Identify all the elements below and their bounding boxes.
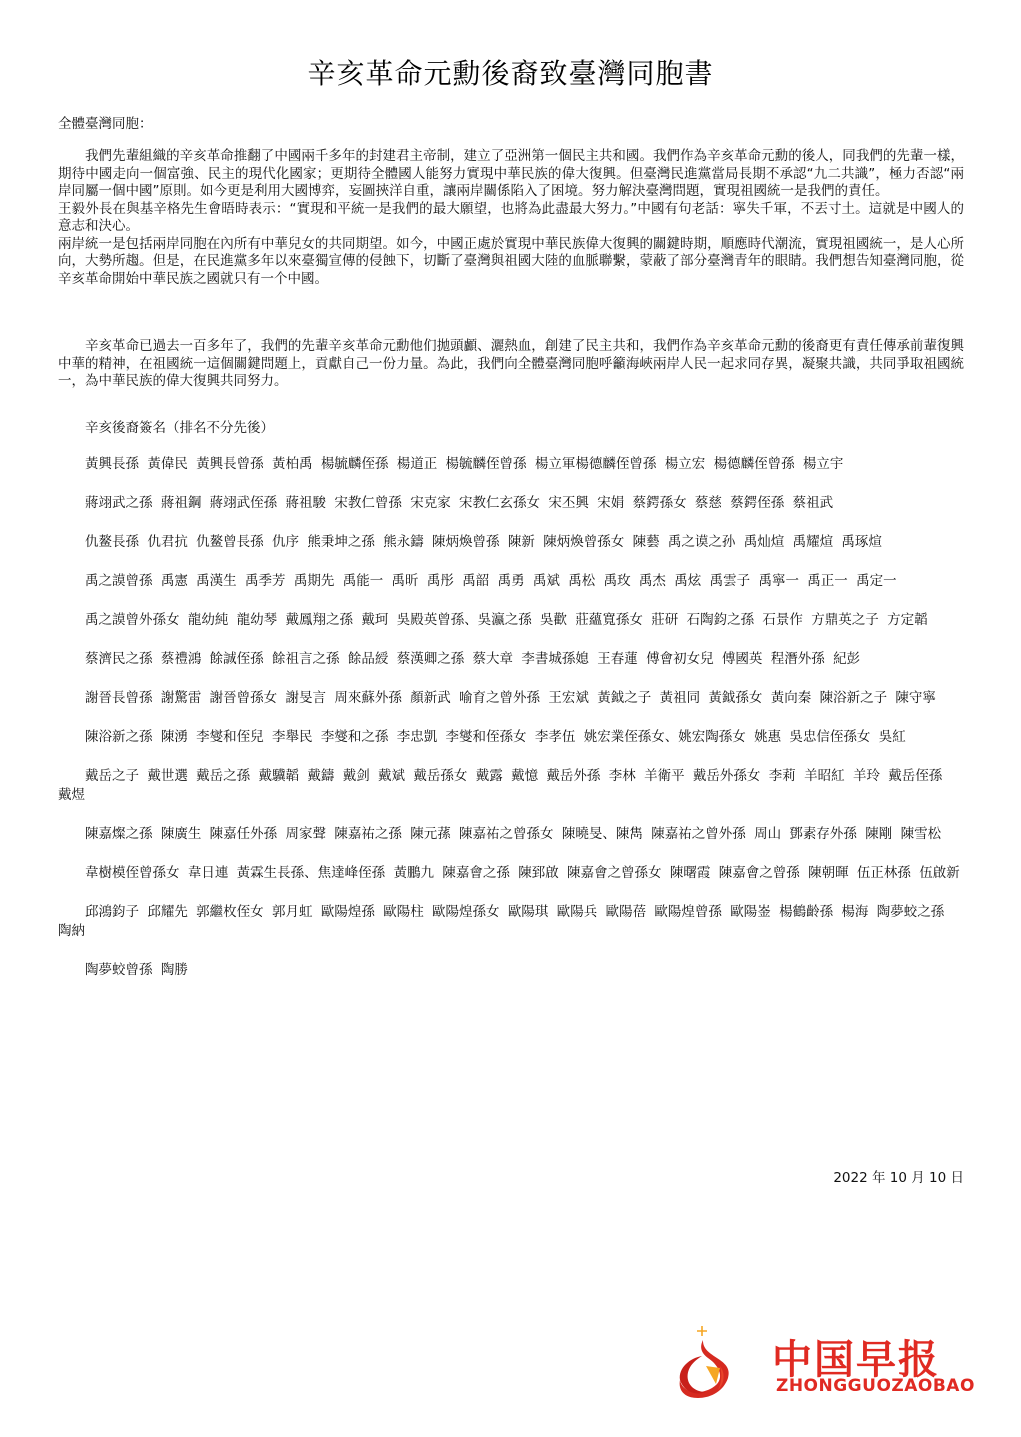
signatory-group: 邱鴻鈞子 邱耀先 郭繼枚侄女 郭月虹 歐陽煌孫 歐陽柱 歐陽煌孫女 歐陽琪 歐陽… — [58, 903, 964, 941]
signatory-group: 黃興長孫 黃偉民 黃興長曾孫 黃柏禹 楊毓麟侄孫 楊道正 楊毓麟侄曾孫 楊立軍楊… — [58, 455, 964, 474]
paragraph: 王毅外長在與基辛格先生會晤時表示：“實現和平統一是我們的最大願望，也將為此盡最大… — [58, 201, 964, 236]
paragraph: 我們先輩組織的辛亥革命推翻了中國兩千多年的封建君主帝制，建立了亞洲第一個民主共和… — [58, 148, 964, 201]
body-section-1: 我們先輩組織的辛亥革命推翻了中國兩千多年的封建君主帝制，建立了亞洲第一個民主共和… — [58, 148, 964, 288]
signatories-heading: 辛亥後裔簽名（排名不分先後） — [58, 416, 274, 436]
signatory-group: 禹之謨曾外孫女 龍幼純 龍幼琴 戴鳳翔之孫 戴珂 吳殿英曾孫、吳瀛之孫 吳歡 莊… — [58, 611, 964, 630]
signatory-group: 禹之謨曾孫 禹憲 禹漢生 禹季芳 禹期先 禹能一 禹昕 禹彤 禹韶 禹勇 禹斌 … — [58, 572, 964, 591]
signatory-group: 陳浴新之孫 陳湧 李燮和侄兒 李舉民 李燮和之孫 李忠凱 李燮和侄孫女 李孝伍 … — [58, 728, 964, 747]
letter-page: 辛亥革命元勳後裔致臺灣同胞書 全體臺灣同胞： 我們先輩組織的辛亥革命推翻了中國兩… — [0, 0, 1021, 1437]
paragraph: 辛亥革命已過去一百多年了，我們的先輩辛亥革命元勳他们拋頭顱、灑熱血，創建了民主共… — [58, 338, 964, 391]
signatory-group: 蔣翊武之孫 蔣祖鋼 蔣翊武侄孫 蔣祖駿 宋教仁曾孫 宋克家 宋教仁玄孫女 宋丕興… — [58, 494, 964, 513]
signatory-list: 黃興長孫 黃偉民 黃興長曾孫 黃柏禹 楊毓麟侄孫 楊道正 楊毓麟侄曾孫 楊立軍楊… — [58, 455, 964, 1000]
signatory-group: 韋樹模侄曾孫女 韋日連 黃霖生長孫、焦達峰侄孫 黃鵬九 陳嘉會之孫 陳郅啟 陳嘉… — [58, 864, 964, 883]
signatory-group: 戴岳之子 戴世選 戴岳之孫 戴驥韜 戴鑄 戴剑 戴斌 戴岳孫女 戴露 戴憶 戴岳… — [58, 767, 964, 805]
salutation: 全體臺灣同胞： — [58, 112, 153, 132]
signatory-group: 蔡濟民之孫 蔡禮鴻 餘誠侄孫 餘祖言之孫 餘品綬 蔡漢卿之孫 蔡大章 李書城孫媳… — [58, 650, 964, 669]
signatory-group: 陳嘉燦之孫 陳廣生 陳嘉任外孫 周家聲 陳嘉祐之孫 陳元蓀 陳嘉祐之曾孫女 陳曉… — [58, 825, 964, 844]
logo-english-name: ZHONGGUOZAOBAO — [776, 1376, 975, 1396]
signatory-group: 陶夢蛟曾孫 陶勝 — [58, 961, 964, 980]
document-date: 2022 年 10 月 10 日 — [833, 1166, 964, 1186]
document-title: 辛亥革命元勳後裔致臺灣同胞書 — [0, 52, 1021, 92]
body-section-2: 辛亥革命已過去一百多年了，我們的先輩辛亥革命元勳他们拋頭顱、灑熱血，創建了民主共… — [58, 338, 964, 391]
signatory-group: 謝晉長曾孫 謝驚雷 謝晉曾孫女 謝旻言 周來蘇外孫 顏新武 喻育之曾外孫 王宏斌… — [58, 689, 964, 708]
paragraph: 兩岸統一是包括兩岸同胞在內所有中華兒女的共同期望。如今，中國正處於實現中華民族偉… — [58, 236, 964, 289]
flame-logo-icon — [676, 1318, 756, 1408]
newspaper-logo: 中国早报 ZHONGGUOZAOBAO — [676, 1318, 996, 1408]
signatory-group: 仇鳌長孫 仇君抗 仇鳌曾長孫 仇序 熊秉坤之孫 熊永鑄 陳炳煥曾孫 陳新 陳炳煥… — [58, 533, 964, 552]
